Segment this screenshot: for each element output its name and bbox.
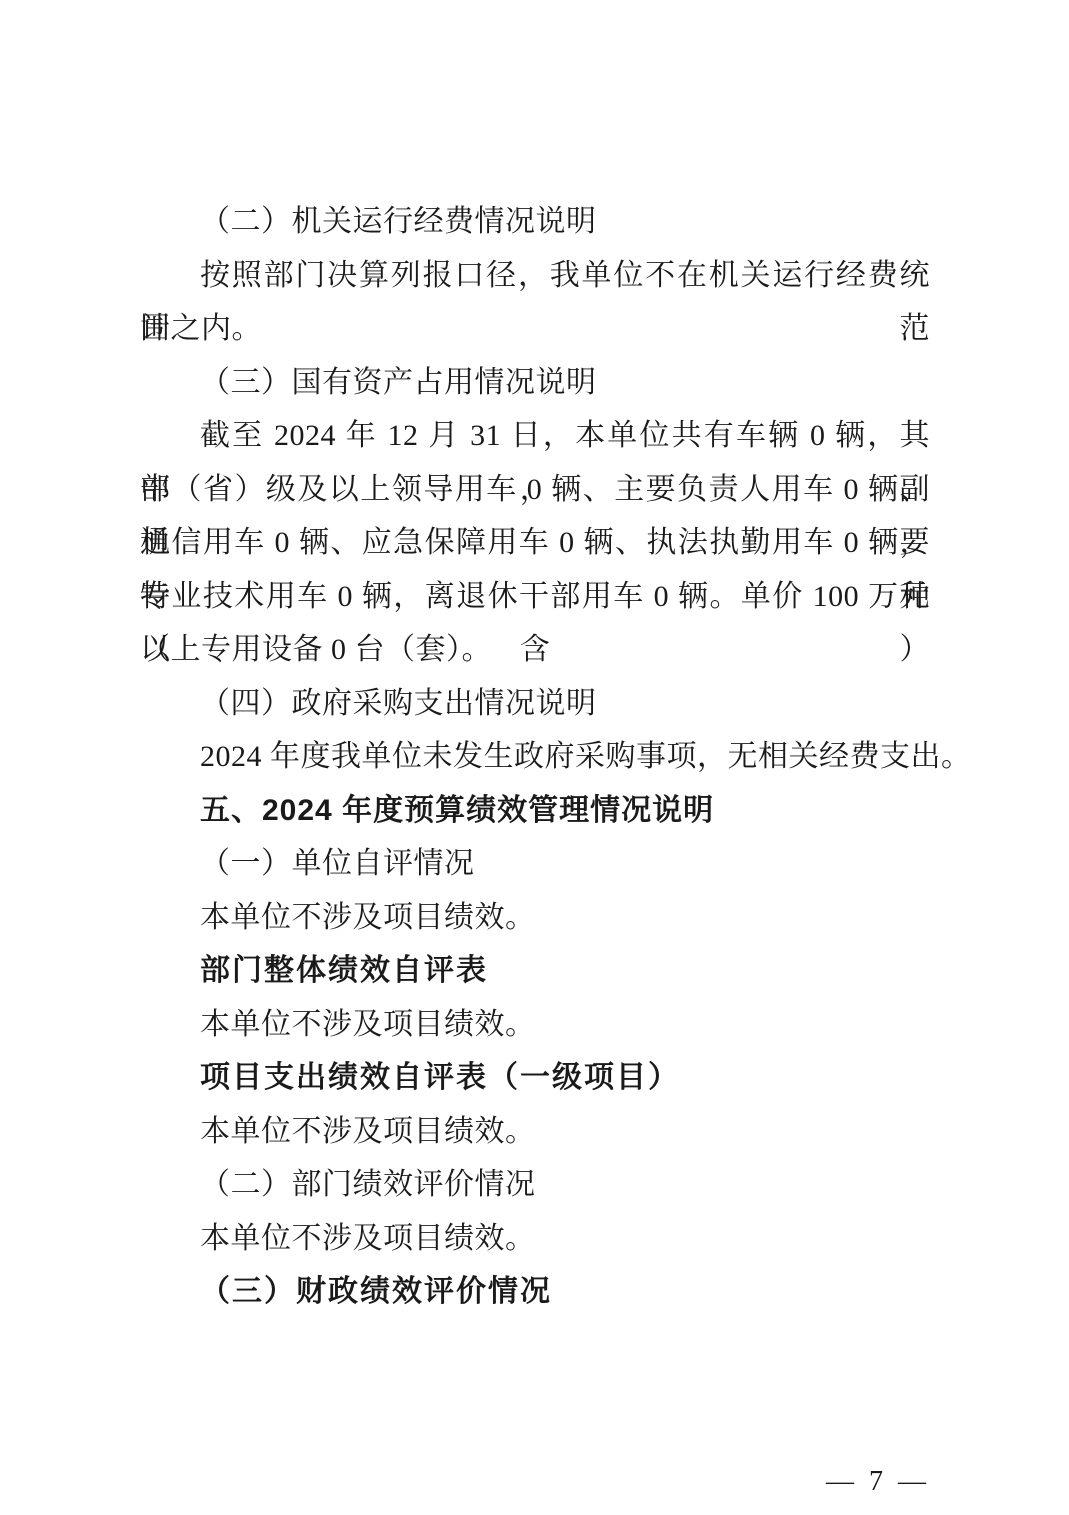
text-line: 专业技术用车 0 辆，离退休干部用车 0 辆。单价 100 万元（含） <box>140 570 930 624</box>
text-line: 2024 年度我单位未发生政府采购事项，无相关经费支出。 <box>140 730 930 784</box>
text-line: （四）政府采购支出情况说明 <box>140 677 930 731</box>
text-line: （一）单位自评情况 <box>140 837 930 891</box>
text-line: 按照部门决算列报口径，我单位不在机关运行经费统计范 <box>140 249 930 303</box>
page-number: — 7 — <box>826 1462 930 1502</box>
text-line: 项目支出绩效自评表（一级项目） <box>140 1051 930 1105</box>
text-line: 本单位不涉及项目绩效。 <box>140 1212 930 1266</box>
document-page: （二）机关运行经费情况说明按照部门决算列报口径，我单位不在机关运行经费统计范围之… <box>0 0 1069 1515</box>
text-line: 五、2024 年度预算绩效管理情况说明 <box>140 784 930 838</box>
text-line: 部门整体绩效自评表 <box>140 944 930 998</box>
text-line: 本单位不涉及项目绩效。 <box>140 891 930 945</box>
text-line: （二）机关运行经费情况说明 <box>140 195 930 249</box>
text-line: 截至 2024 年 12 月 31 日，本单位共有车辆 0 辆，其中，副 <box>140 409 930 463</box>
text-line: （三）财政绩效评价情况 <box>140 1265 930 1319</box>
text-line: 本单位不涉及项目绩效。 <box>140 998 930 1052</box>
text-line: （三）国有资产占用情况说明 <box>140 356 930 410</box>
text-line: 本单位不涉及项目绩效。 <box>140 1105 930 1159</box>
text-line: 部（省）级及以上领导用车 0 辆、主要负责人用车 0 辆、机要 <box>140 463 930 517</box>
text-line: 通信用车 0 辆、应急保障用车 0 辆、执法执勤用车 0 辆，特种 <box>140 516 930 570</box>
text-line: （二）部门绩效评价情况 <box>140 1158 930 1212</box>
page-content: （二）机关运行经费情况说明按照部门决算列报口径，我单位不在机关运行经费统计范围之… <box>140 195 930 1319</box>
